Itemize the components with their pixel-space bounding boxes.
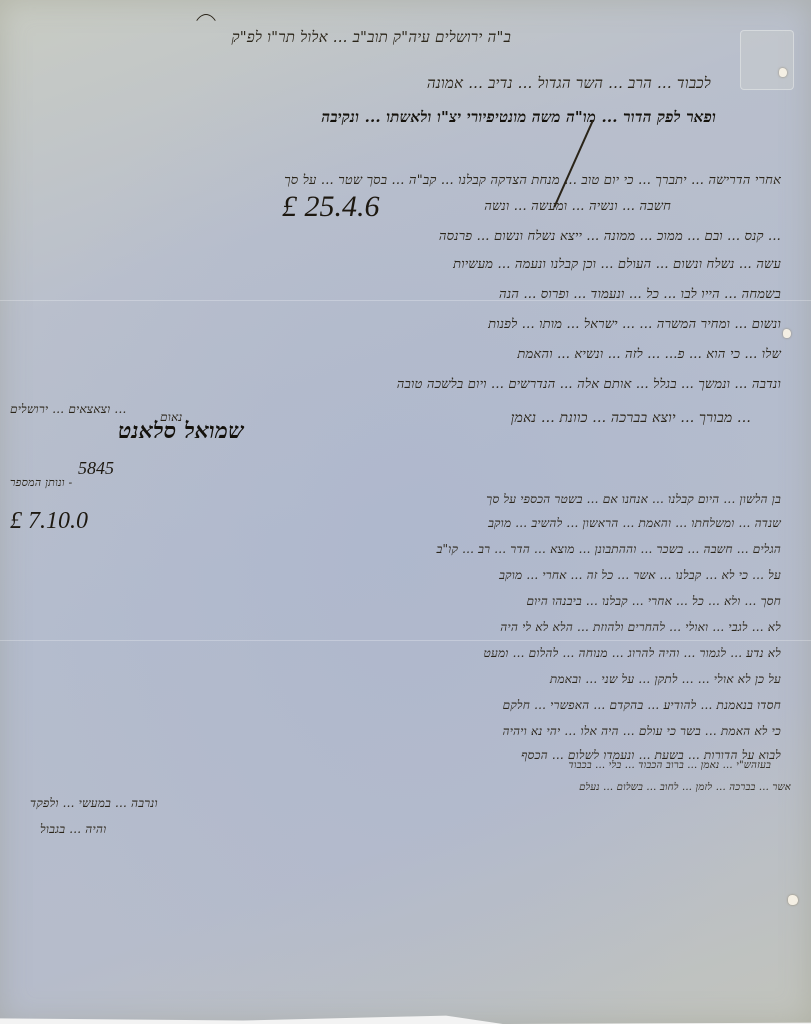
body-line: ונשום ... ומחיר המשרה ... ... ישראל ... … <box>488 316 781 332</box>
paper-hole <box>788 895 798 905</box>
amount-pounds-2: £ 7.10.0 <box>10 508 88 535</box>
letter-paper: ב"ה ירושלים עיה"ק תוב"ב ... אלול תר"ו לפ… <box>0 0 811 1024</box>
header-recipient-line: ופאר לפק הדור ... מו"ה משה מונטיפיורי יצ… <box>321 108 716 127</box>
body-line: חסדו בנאמנת ... להודיע ... בהקדם ... האפ… <box>503 698 781 713</box>
body-line: חשבה ... ונשיה ... ומעשה ... ונשה <box>484 198 671 214</box>
postscript-line: בעזהש"י ... נאמן ... ברוב הכבוד ... בלי … <box>569 760 771 771</box>
paper-hole <box>779 68 787 77</box>
amount-pounds-1: £ 25.4.6 <box>282 190 380 224</box>
body-line: אחרי הדרישה ... יתברך ... כי יום טוב ...… <box>284 172 781 188</box>
body-line: על כן לא אולי ... ... לתקן ... על שני ..… <box>550 672 781 687</box>
handwriting-flourish <box>190 14 222 76</box>
body-line: בשמחה ... הייו לבו ... כל ... ונעמוד ...… <box>499 286 781 302</box>
body-line: כי לא האמת ... בשר כי עולם ... היה אלו .… <box>502 724 781 739</box>
body-line: על ... כי לא ... קבלנו ... אשר ... כל זה… <box>499 568 781 583</box>
torn-bottom-edge <box>0 1010 811 1024</box>
body-line: שנדה ... ומשלחתו ... והאמת ... הראשון ..… <box>488 516 781 531</box>
body-line: ... קנס ... ובם ... ממוכ ... ממונה ... י… <box>439 228 781 244</box>
embossed-stamp <box>740 30 794 90</box>
signature-number: 5845 <box>78 458 114 479</box>
header-address-line: לכבוד ... הרב ... השר הגדול ... נדיב ...… <box>427 74 711 93</box>
postscript-line: והיה ... בגבול <box>40 822 106 837</box>
paper-hole <box>783 329 791 338</box>
body-line: חסך ... ולא ... כל ... אחרי ... קבלנו ..… <box>526 594 781 609</box>
body-line: שלו ... כי הוא ... פ... ... לזה ... ונשי… <box>517 346 781 362</box>
body-line: לא ... לגבי ... ואולי ... להחרים ולהוזת … <box>500 620 781 635</box>
postscript-header: - ונותן המספר <box>10 476 72 489</box>
body-line: עשה ... נשלח ונשום ... העולם ... וכן קבל… <box>453 256 781 272</box>
postscript-line: אשר ... בברכה ... לזמן ... לחוב ... בשלו… <box>579 782 791 793</box>
header-opening-line: ב"ה ירושלים עיה"ק תוב"ב ... אלול תר"ו לפ… <box>232 28 511 47</box>
pen-stroke <box>553 120 593 208</box>
signature-left-note: ... וצאצאים ... ירושלים <box>10 402 126 417</box>
body-line: ונדבה ... ונמשך ... בגלל ... אותם אלה ..… <box>397 376 781 392</box>
signature-name: שמואל סלאנט <box>118 418 244 444</box>
body-line: לא נדע ... לגמור ... והיה להרוג ... מנוח… <box>484 646 781 661</box>
body-line: הגלים ... חשבה ... בשכר ... וההתבונן ...… <box>436 542 781 557</box>
paper-fold-line <box>0 640 811 641</box>
postscript-line: ונרבה ... במעשי ... ולפקד <box>30 796 158 811</box>
closing-line: ... מבורך ... יוצא בברכה ... כוונת ... נ… <box>511 410 751 427</box>
body-line: בן הלשון ... היום קבלנו ... אנחנו אם ...… <box>486 492 781 507</box>
